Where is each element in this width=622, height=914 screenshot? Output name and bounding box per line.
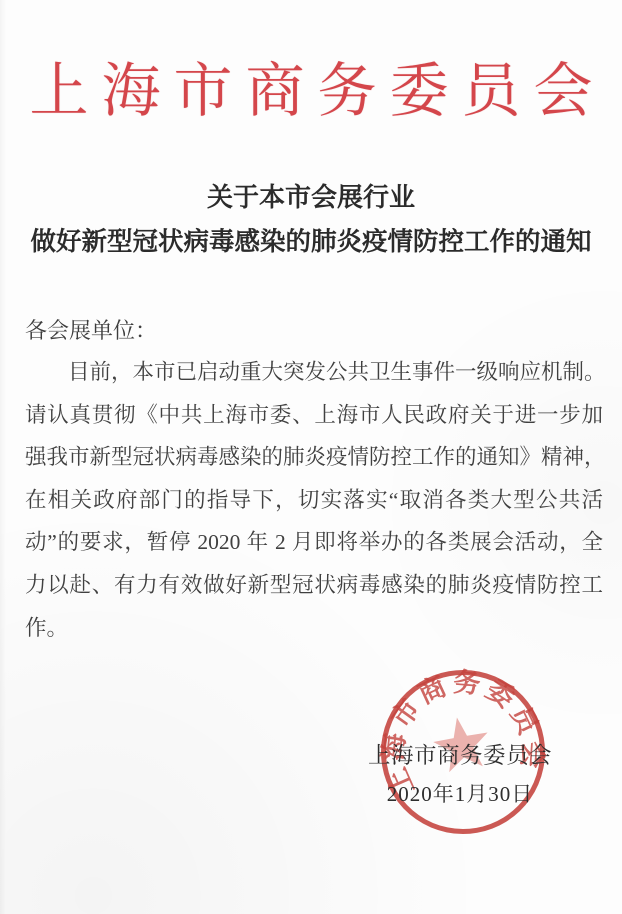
body-line: 强我市新型冠状病毒感染的肺炎疫情防控工作的通知》精神， xyxy=(25,436,603,479)
salutation: 各会展单位： xyxy=(25,317,157,345)
body-line: 作。 xyxy=(25,607,603,650)
body-line: 请认真贯彻《中共上海市委、上海市人民政府关于进一步加 xyxy=(25,394,603,437)
body-paragraph: 目前，本市已启动重大突发公共卫生事件一级响应机制。 请认真贯彻《中共上海市委、上… xyxy=(25,351,603,649)
signature-org: 上海市商务委员会 xyxy=(335,743,585,769)
signature-block: 上海市商务委员会 2020年1月30日 xyxy=(335,743,585,807)
notice-title-line-1: 关于本市会展行业 xyxy=(0,181,622,215)
signature-date: 2020年1月30日 xyxy=(335,782,585,807)
body-line: 目前，本市已启动重大突发公共卫生事件一级响应机制。 xyxy=(25,351,603,394)
body-line: 在相关政府部门的指导下，切实落实“取消各类大型公共活 xyxy=(25,479,603,522)
letterhead-title: 上海市商务委员会 xyxy=(0,55,622,127)
notice-title-line-2: 做好新型冠状病毒感染的肺炎疫情防控工作的通知 xyxy=(0,224,622,260)
body-line: 力以赴、有力有效做好新型冠状病毒感染的肺炎疫情防控工 xyxy=(25,564,603,607)
body-line: 动”的要求，暂停 2020 年 2 月即将举办的各类展会活动，全 xyxy=(25,521,603,564)
notice-document: 上海市商务委员会 关于本市会展行业 做好新型冠状病毒感染的肺炎疫情防控工作的通知… xyxy=(0,0,622,914)
